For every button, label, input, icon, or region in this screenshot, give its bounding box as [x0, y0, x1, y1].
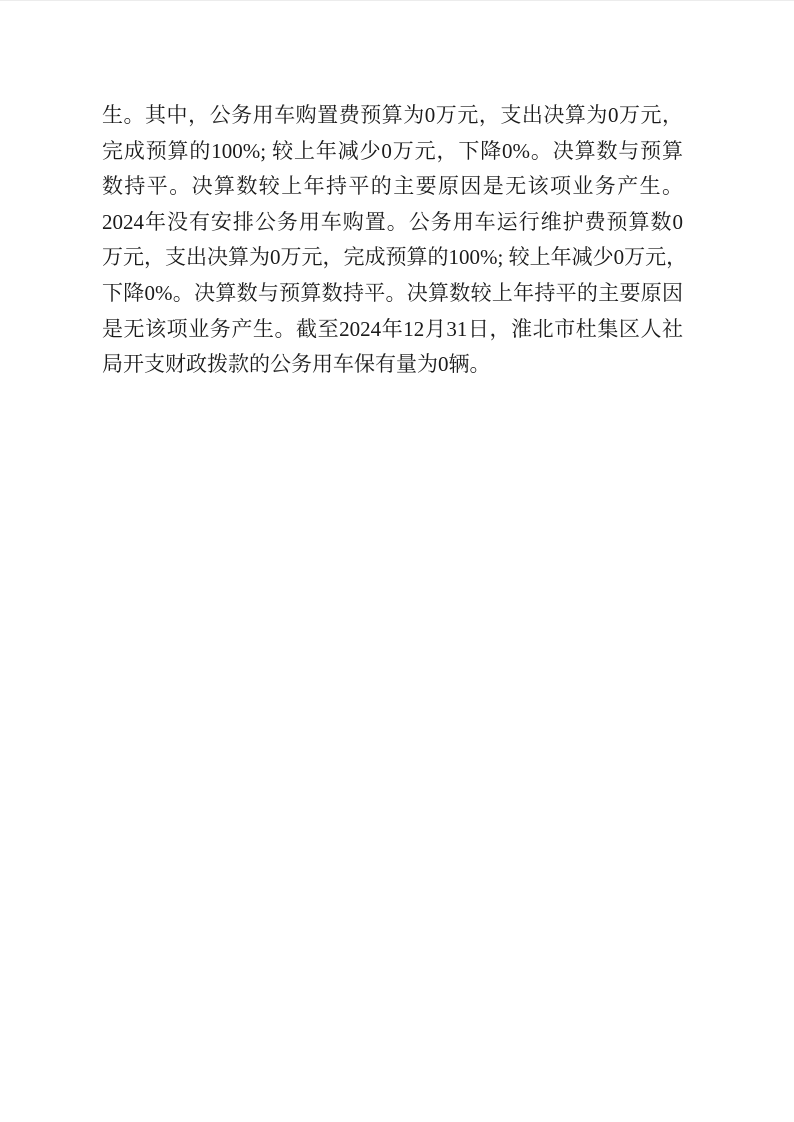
text-line: 完成预算的100%; 较上年减少0万元，下降0%。决算数与预算 — [102, 134, 683, 170]
document-page: 生。其中，公务用车购置费预算为0万元，支出决算为0万元， 完成预算的100%; … — [0, 0, 794, 1122]
text-line: 数持平。决算数较上年持平的主要原因是无该项业务产生。 — [102, 169, 683, 205]
text-line: 是无该项业务产生。截至2024年12月31日，淮北市杜集区人社 — [102, 312, 683, 348]
body-text-block: 生。其中，公务用车购置费预算为0万元，支出决算为0万元， 完成预算的100%; … — [102, 98, 683, 383]
text-line: 2024年没有安排公务用车购置。公务用车运行维护费预算数0 — [102, 205, 683, 241]
text-line: 局开支财政拨款的公务用车保有量为0辆。 — [102, 347, 683, 383]
text-line: 生。其中，公务用车购置费预算为0万元，支出决算为0万元， — [102, 98, 683, 134]
text-line: 万元，支出决算为0万元，完成预算的100%; 较上年减少0万元， — [102, 240, 683, 276]
text-line: 下降0%。决算数与预算数持平。决算数较上年持平的主要原因 — [102, 276, 683, 312]
